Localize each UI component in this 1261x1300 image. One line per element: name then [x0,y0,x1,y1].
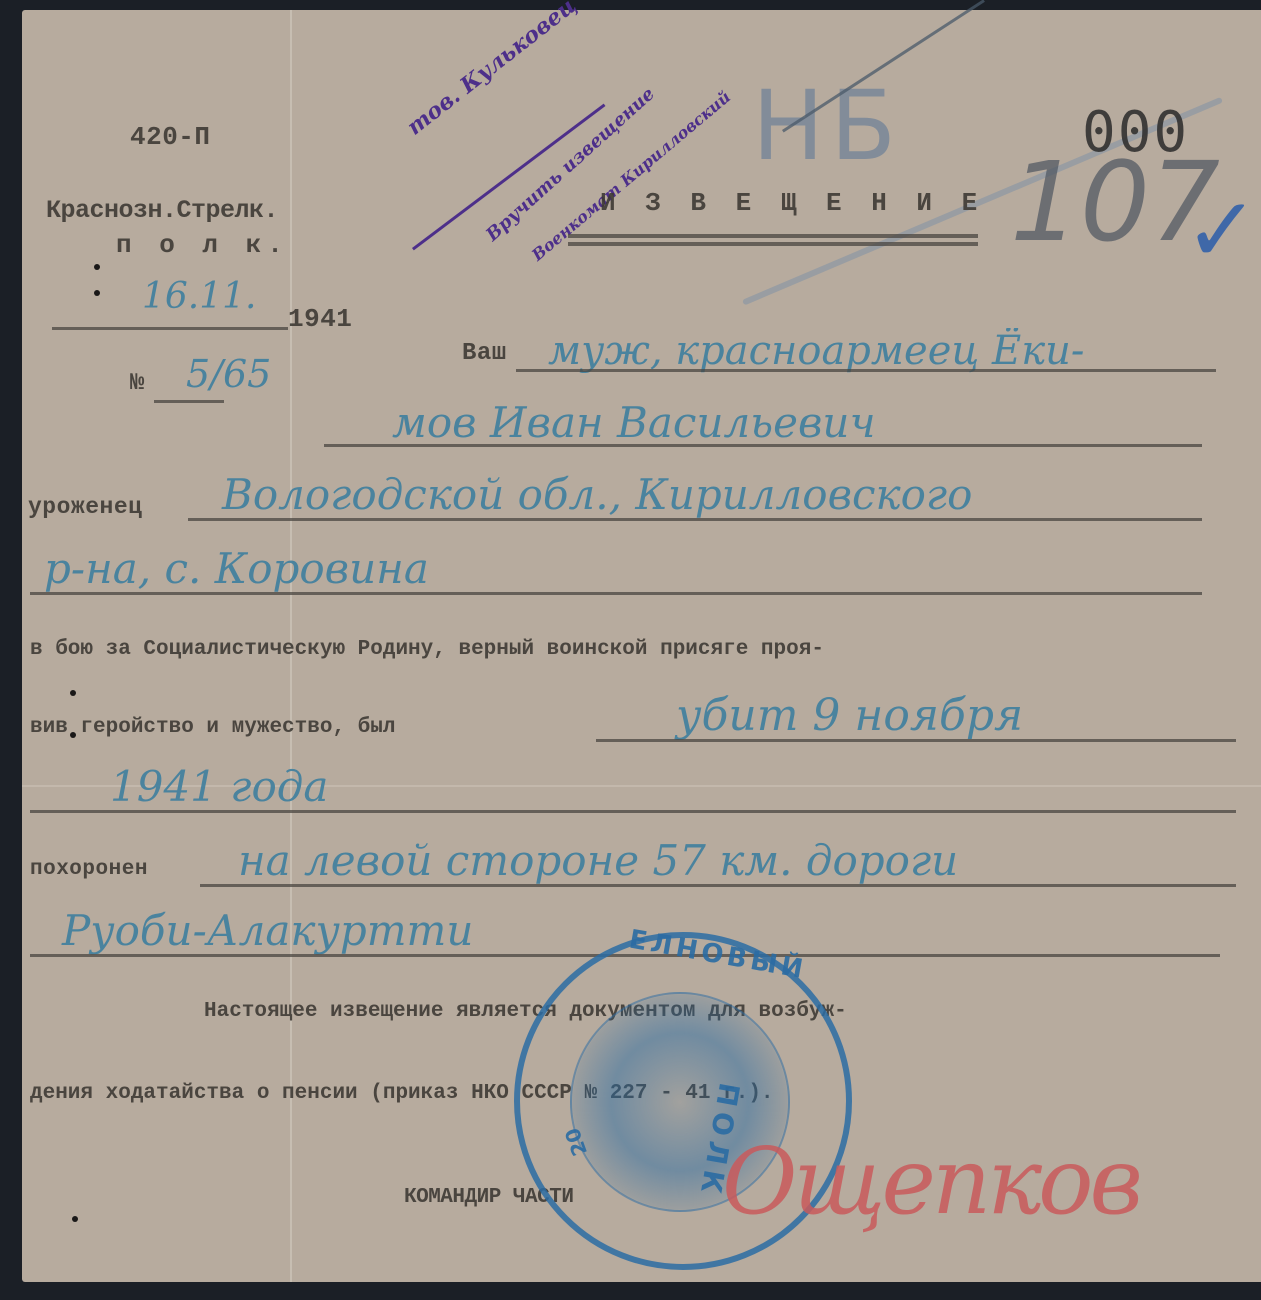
addressee-line2: мов Иван Васильевич [392,398,876,447]
body-line2-handwritten: убит 9 ноября [676,690,1023,741]
number-prefix: № [130,370,145,397]
form-line [30,592,1202,595]
form-line [324,444,1202,447]
native-line2: р-на, с. Коровина [44,544,429,593]
body-line1: в бою за Социалистическую Родину, верный… [30,638,824,661]
number-line [154,400,224,403]
unit-name-line2: п о л к. [116,230,289,260]
form-line [516,369,1216,372]
unit-name-line1: Краснозн.Стрелк. [46,196,278,225]
title-underline [568,242,978,246]
form-line [596,739,1236,742]
punch-hole [94,290,100,296]
punch-hole [72,1216,78,1222]
form-line [30,810,1236,813]
title-underline [568,234,978,238]
buried-line2: Руоби-Алакуртти [62,906,473,955]
violet-note-line1: тов. Кульковец [402,0,581,140]
addressee-line1: муж, красноармеец Ёки- [548,328,1084,374]
form-line [200,884,1236,887]
document-title: И З В Е Щ Е Н И Е [600,188,984,218]
body-line3-handwritten: 1941 года [110,762,328,811]
punch-hole [94,264,100,270]
pencil-mark: НБ [752,70,902,182]
check-mark-icon: ✓ [1184,178,1259,283]
buried-line1: на левой стороне 57 км. дороги [238,836,958,885]
form-line [188,518,1202,521]
document-scan: 420-П Краснозн.Стрелк. п о л к. тов. Кул… [22,10,1261,1282]
year: 1941 [288,304,352,334]
commander-signature: Ощепков [722,1128,1139,1235]
number-handwritten: 5/65 [186,352,271,396]
date-line [52,327,288,330]
native-label: уроженец [28,494,142,520]
punch-hole [70,690,76,696]
native-line1: Вологодской обл., Кирилловского [222,470,972,519]
unit-number: 420-П [130,122,211,152]
body-line2-typed: вив геройство и мужество, был [30,716,395,739]
date-handwritten: 16.11. [142,276,257,317]
addressee-prefix: Ваш [462,340,507,367]
buried-label: похоронен [30,858,148,881]
